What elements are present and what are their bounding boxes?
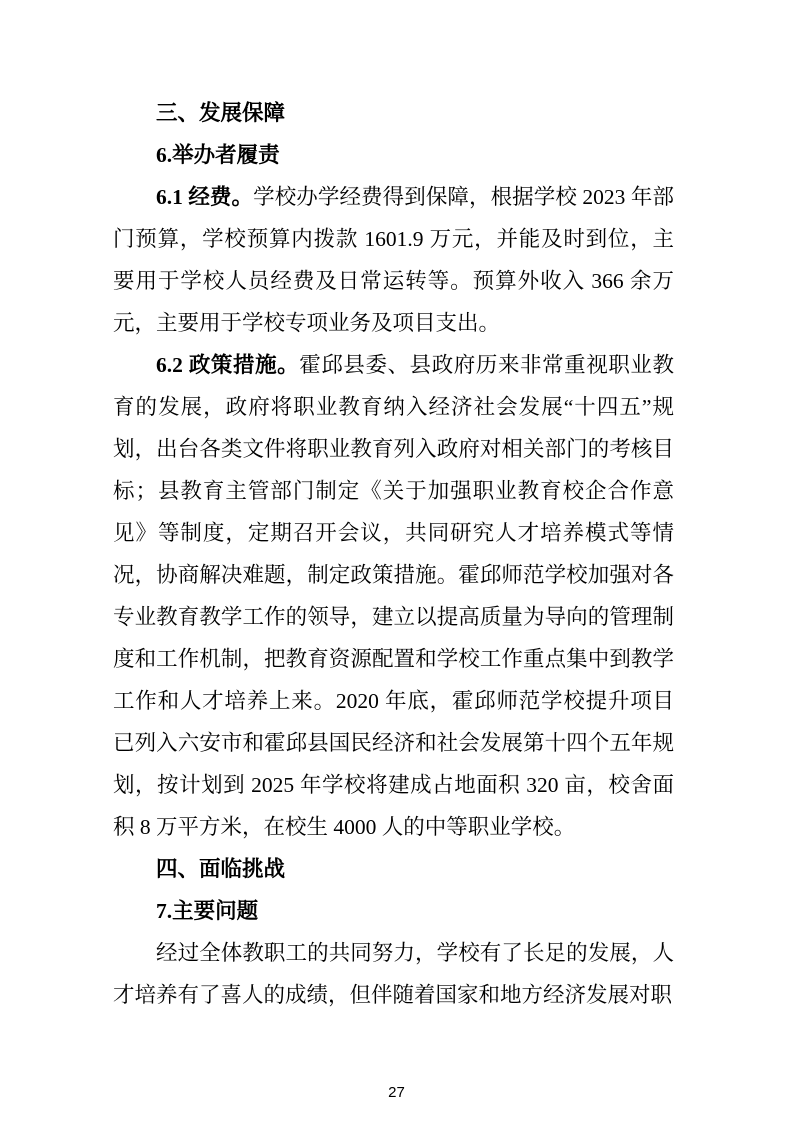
section-heading-challenges: 四、面临挑战 [113, 848, 674, 890]
paragraph-funding: 6.1 经费。学校办学经费得到保障，根据学校 2023 年部门预算，学校预算内拨… [113, 176, 674, 344]
page-number: 27 [0, 1084, 793, 1101]
paragraph-policy-measures: 6.2 政策措施。霍邱县委、县政府历来非常重视职业教育的发展，政府将职业教育纳入… [113, 344, 674, 848]
paragraph-school-progress: 经过全体教职工的共同努力，学校有了长足的发展，人才培养有了喜人的成绩，但伴随着国… [113, 932, 674, 1016]
paragraph-funding-lead: 6.1 经费。 [156, 185, 253, 209]
paragraph-policy-measures-lead: 6.2 政策措施。 [156, 353, 299, 377]
document-body: 三、发展保障 6.举办者履责 6.1 经费。学校办学经费得到保障，根据学校 20… [113, 92, 674, 1016]
paragraph-school-progress-text: 经过全体教职工的共同努力，学校有了长足的发展，人才培养有了喜人的成绩，但伴随着国… [113, 941, 674, 1007]
paragraph-policy-measures-text: 霍邱县委、县政府历来非常重视职业教育的发展，政府将职业教育纳入经济社会发展“十四… [113, 353, 674, 839]
subsection-heading-main-problems: 7.主要问题 [113, 890, 674, 932]
section-heading-development-support: 三、发展保障 [113, 92, 674, 134]
document-page: 三、发展保障 6.举办者履责 6.1 经费。学校办学经费得到保障，根据学校 20… [0, 0, 793, 1122]
subsection-heading-organizer-responsibility: 6.举办者履责 [113, 134, 674, 176]
